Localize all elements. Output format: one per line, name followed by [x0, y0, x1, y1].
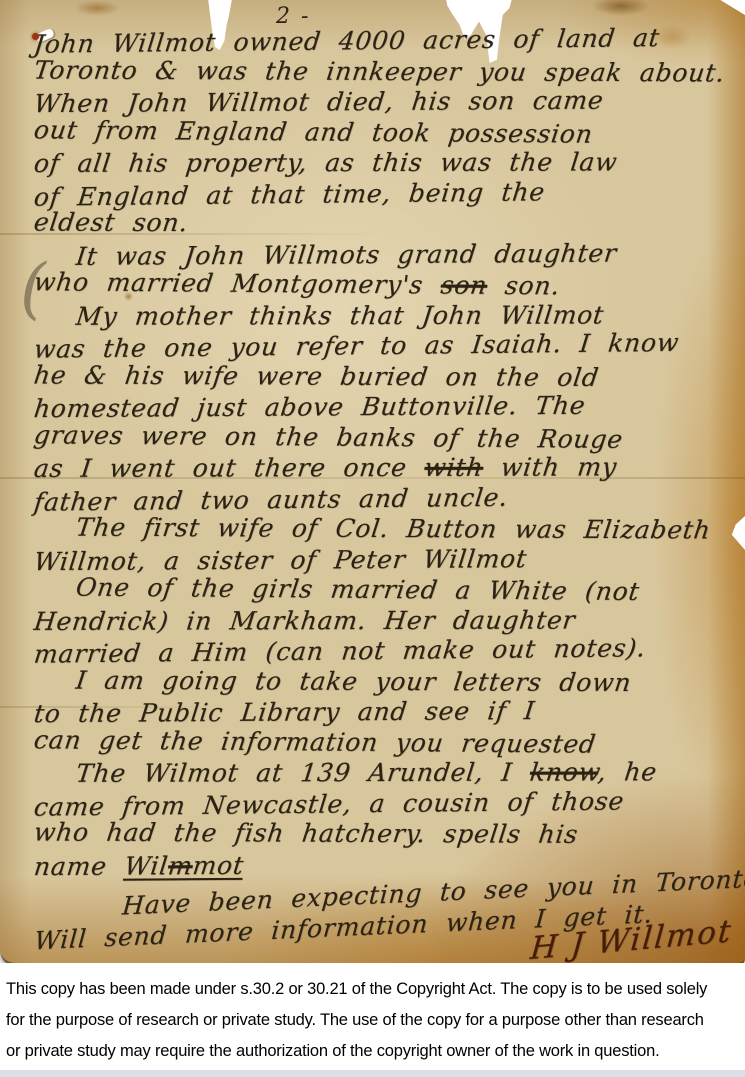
copyright-notice-text: This copy has been made under s.30.2 or … — [0, 963, 745, 1067]
copyright-notice-line: This copy has been made under s.30.2 or … — [6, 974, 741, 1005]
letter-line: homestead just above Buttonville. The — [34, 390, 735, 425]
paper-sheet: 2 - ( John Willmot owned 4000 acres of l… — [0, 0, 745, 966]
letter-line: was the one you refer to as Isaiah. I kn… — [34, 327, 735, 365]
stain — [74, 0, 120, 16]
letter-line: Toronto & was the innkeeper you speak ab… — [34, 55, 735, 89]
letter-line: who had the fish hatchery. spells his — [34, 817, 735, 851]
letter-line: The Wilmot at 139 Arundel, I know, he — [34, 757, 735, 789]
letter-body: John Willmot owned 4000 acres of land at… — [34, 26, 735, 941]
letter-line: Willmot, a sister of Peter Willmot — [34, 542, 735, 577]
letter-line: to the Public Library and see if I — [34, 695, 735, 730]
letter-line: graves were on the banks of the Rouge — [34, 420, 735, 456]
letter-line: who married Montgomery's son son. — [34, 267, 735, 303]
stain — [592, 0, 650, 16]
scanned-letter-page: 2 - ( John Willmot owned 4000 acres of l… — [0, 0, 745, 1077]
letter-line: Hendrick) in Markham. Her daughter — [34, 605, 735, 637]
letter-line: out from England and took possession — [34, 115, 735, 151]
letter-line: as I went out there once with with my — [34, 452, 735, 484]
letter-line: eldest son. — [34, 207, 735, 241]
letter-line: he & his wife were buried on the old — [34, 360, 735, 394]
letter-line: It was John Willmots grand daughter — [34, 237, 735, 272]
letter-line: of all his property, as this was the law — [34, 147, 735, 179]
copyright-notice-strip: This copy has been made under s.30.2 or … — [0, 963, 745, 1077]
letter-line: John Willmot owned 4000 acres of land at — [34, 22, 735, 60]
letter-line: married a Him (can not make out notes). — [34, 632, 735, 670]
copyright-notice-line: or private study may require the authori… — [6, 1036, 741, 1067]
letter-line: One of the girls married a White (not — [34, 572, 735, 608]
letter-line: I am going to take your letters down — [34, 665, 735, 699]
letter-line: My mother thinks that John Willmot — [34, 300, 735, 332]
letter-line: The first wife of Col. Button was Elizab… — [34, 512, 735, 546]
copyright-notice-line: for the purpose of research or private s… — [6, 1005, 741, 1036]
paper-tear — [717, 0, 745, 15]
letter-line: When John Willmot died, his son came — [34, 85, 735, 120]
scanner-edge — [0, 1070, 745, 1077]
letter-line: can get the information you requested — [34, 725, 735, 761]
